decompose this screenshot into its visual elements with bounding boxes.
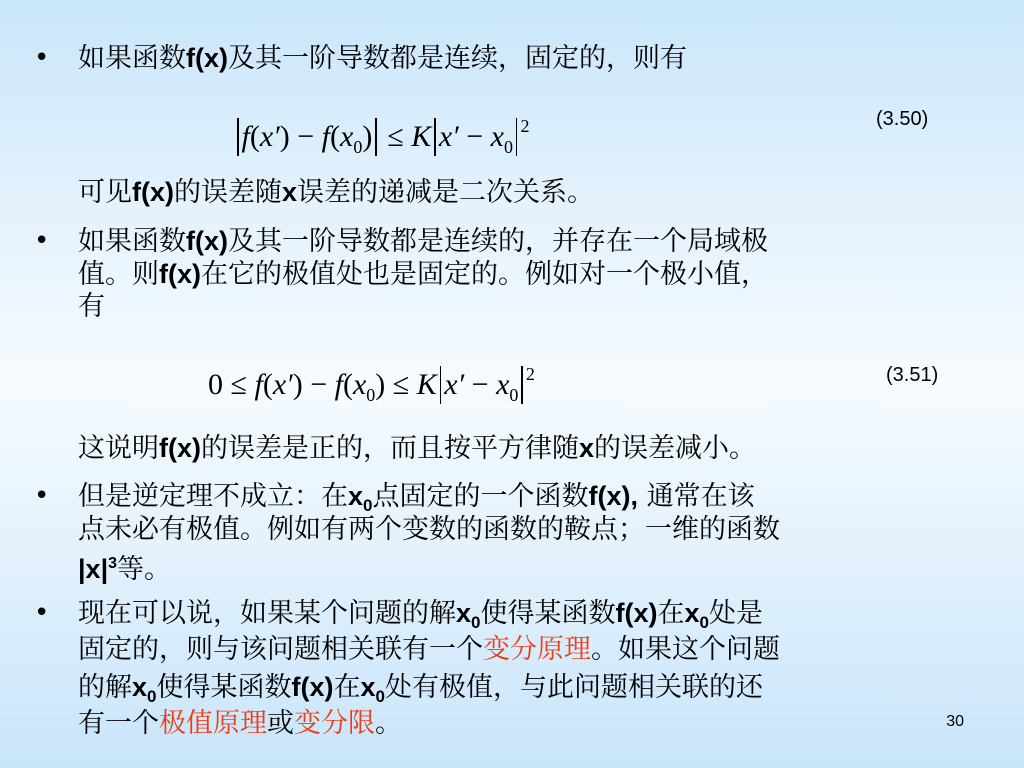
equation-number: (3.51) (886, 364, 938, 387)
math-fx: f(x) (186, 43, 228, 73)
bullet-icon: • (34, 480, 49, 512)
bullet-3-line-2: 点未必有极值。例如有两个变数的函数的鞍点；一维的函数 (78, 514, 780, 546)
bullet-4-line-1: 现在可以说，如果某个问题的解x0使得某函数f(x)在x0处是 (78, 597, 763, 639)
highlight-variational-bound: 变分限 (294, 708, 375, 739)
page-number: 30 (946, 713, 964, 731)
note-1: 可见f(x)的误差随x误差的递减是二次关系。 (78, 176, 594, 209)
bullet-4-line-2: 固定的，则与该问题相关联有一个变分原理。如果这个问题 (78, 634, 780, 666)
equation-number: (3.50) (876, 108, 928, 131)
abs-bar (434, 118, 436, 156)
note-2: 这说明f(x)的误差是正的，而且按平方律随x的误差减小。 (78, 432, 756, 465)
bullet-1-line-1: 如果函数f(x)及其一阶导数都是连续，固定的，则有 (78, 42, 687, 75)
equation-3-51: 0 ≤ f(x′) − f(x0) ≤ Kx′ − x02 (208, 354, 535, 415)
bullet-2-line-1: 如果函数f(x)及其一阶导数都是连续的，并存在一个局域极 (78, 225, 768, 258)
bullet-3-line-3: |x|3等。 (78, 548, 171, 586)
abs-bar (375, 118, 377, 156)
abs-bar (521, 366, 523, 404)
highlight-extremum-principle: 极值原理 (159, 708, 267, 739)
abs-bar (516, 118, 518, 156)
text: 如果函数 (78, 43, 186, 74)
bullet-icon: • (34, 225, 49, 257)
text: 及其一阶导数都是连续，固定的，则有 (228, 43, 687, 74)
bullet-icon: • (34, 42, 49, 74)
bullet-2-line-2: 值。则f(x)在它的极值处也是固定的。例如对一个极小值， (78, 258, 768, 291)
bullet-4-line-3: 的解x0使得某函数f(x)在x0处有极值，与此问题相关联的还 (78, 671, 763, 713)
bullet-2-line-3: 有 (78, 291, 105, 323)
abs-bar (440, 366, 442, 404)
bullet-icon: • (34, 597, 49, 629)
bullet-4-line-4: 有一个极值原理或变分限。 (78, 708, 402, 740)
highlight-variational-principle: 变分原理 (483, 634, 591, 665)
equation-3-50: f(x′) − f(x0) ≤ Kx′ − x02 (234, 106, 529, 167)
abs-bar (237, 118, 239, 156)
